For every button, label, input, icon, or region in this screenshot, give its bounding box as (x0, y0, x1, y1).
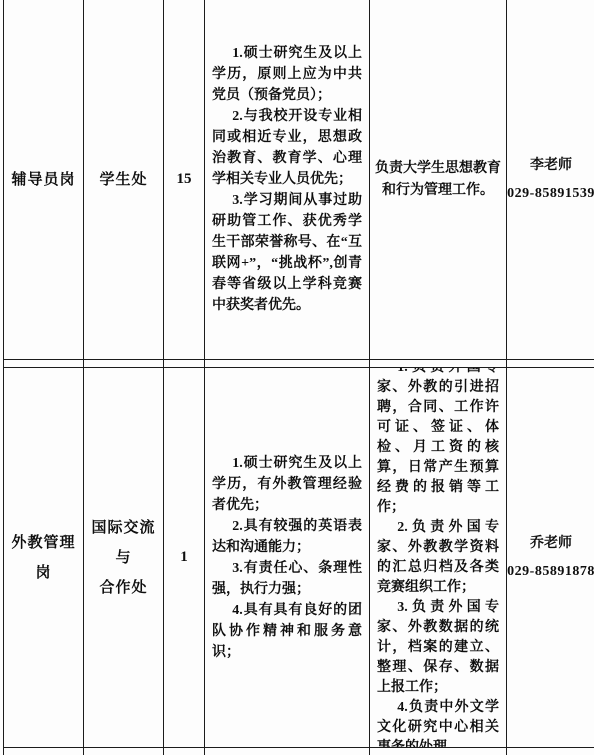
department-line: 合作处 (84, 573, 163, 603)
cell-requirements: 1.硕士研究生及以上学历，有外教管理经验者优先； 2.具有较强的英语表达和沟通能… (205, 368, 370, 748)
requirement-item: 1.硕士研究生及以上学历，原则上应为中共党员（预备党员）； (212, 43, 362, 106)
requirement-item: 1.硕士研究生及以上学历，有外教管理经验者优先； (212, 453, 362, 516)
duty-item: 4.负责中外文学文化研究中心相关事务的处理。 (377, 698, 499, 749)
requirements-text: 1.硕士研究生及以上学历，原则上应为中共党员（预备党员）； 2.与我校开设专业相… (205, 43, 369, 316)
spacer-cell (4, 360, 84, 368)
cell-contact: 乔老师 029-85891878 (507, 368, 594, 748)
requirement-item: 3.有责任心、条理性强，执行力强； (212, 558, 362, 600)
requirement-item: 3.学习期间从事过助研助管工作、获优秀学生干部荣誉称号、在“互联网+”，“挑战杯… (212, 190, 362, 316)
contact-name: 乔老师 (507, 530, 594, 558)
requirement-item: 2.与我校开设专业相同或相近专业，思想政治教育、教育学、心理学相关专业人员优先； (212, 106, 362, 190)
cell-requirements: 1.硕士研究生及以上学历，原则上应为中共党员（预备党员）； 2.与我校开设专业相… (205, 0, 370, 360)
requirements-text: 1.硕士研究生及以上学历，有外教管理经验者优先； 2.具有较强的英语表达和沟通能… (205, 453, 369, 663)
department-label: 国际交流与 合作处 (84, 513, 163, 603)
cell-headcount: 1 (164, 368, 205, 748)
cropped-row-cell (370, 748, 507, 755)
cell-headcount: 15 (164, 0, 205, 360)
department-line: 国际交流与 (84, 513, 163, 573)
duty-item: 3.负责外国专家、外教数据的统计，档案的建立、整理、保存、数据上报工作； (377, 598, 499, 698)
spacer-cell (84, 360, 164, 368)
headcount-value: 15 (177, 171, 192, 188)
duty-item: 1.负责外国专家、外教的引进招聘，合同、工作许可证、签证、体检、月工资的核算，日… (377, 368, 499, 518)
requirement-item: 2.具有较强的英语表达和沟通能力； (212, 516, 362, 558)
contact-phone: 029-85891539 (507, 180, 594, 208)
spacer-cell (164, 360, 205, 368)
duty-item: 2.负责外国专家、外教教学资料的汇总归档及各类竞赛组织工作； (377, 518, 499, 598)
contact-info: 乔老师 029-85891878 (507, 530, 594, 586)
cell-position: 辅导员岗 (4, 0, 84, 360)
position-label: 外教管理岗 (4, 528, 83, 588)
cell-duties: 负责大学生思想教育和行为管理工作。 (370, 0, 507, 360)
spacer-cell (507, 360, 594, 368)
cropped-row-cell (84, 748, 164, 755)
headcount-value: 1 (180, 549, 188, 566)
contact-name: 李老师 (507, 152, 594, 180)
cell-duties: 1.负责外国专家、外教的引进招聘，合同、工作许可证、签证、体检、月工资的核算，日… (370, 368, 507, 748)
recruitment-table: 辅导员岗 学生处 15 1.硕士研究生及以上学历，原则上应为中共党员（预备党员）… (3, 0, 594, 755)
requirement-item: 4.具有具有良好的团队协作精神和服务意识； (212, 600, 362, 663)
cropped-row-cell (4, 748, 84, 755)
contact-phone: 029-85891878 (507, 558, 594, 586)
duties-text: 1.负责外国专家、外教的引进招聘，合同、工作许可证、签证、体检、月工资的核算，日… (370, 368, 506, 748)
cropped-row-cell (164, 748, 205, 755)
cell-department: 学生处 (84, 0, 164, 360)
duties-text: 负责大学生思想教育和行为管理工作。 (370, 158, 506, 202)
cell-department: 国际交流与 合作处 (84, 368, 164, 748)
spacer-cell (205, 360, 370, 368)
cell-contact: 李老师 029-85891539 (507, 0, 594, 360)
cropped-row-cell (507, 748, 594, 755)
department-label: 学生处 (99, 165, 147, 195)
spacer-cell (370, 360, 507, 368)
cell-position: 外教管理岗 (4, 368, 84, 748)
contact-info: 李老师 029-85891539 (507, 152, 594, 208)
position-label: 辅导员岗 (11, 165, 75, 195)
cropped-row-cell (205, 748, 370, 755)
